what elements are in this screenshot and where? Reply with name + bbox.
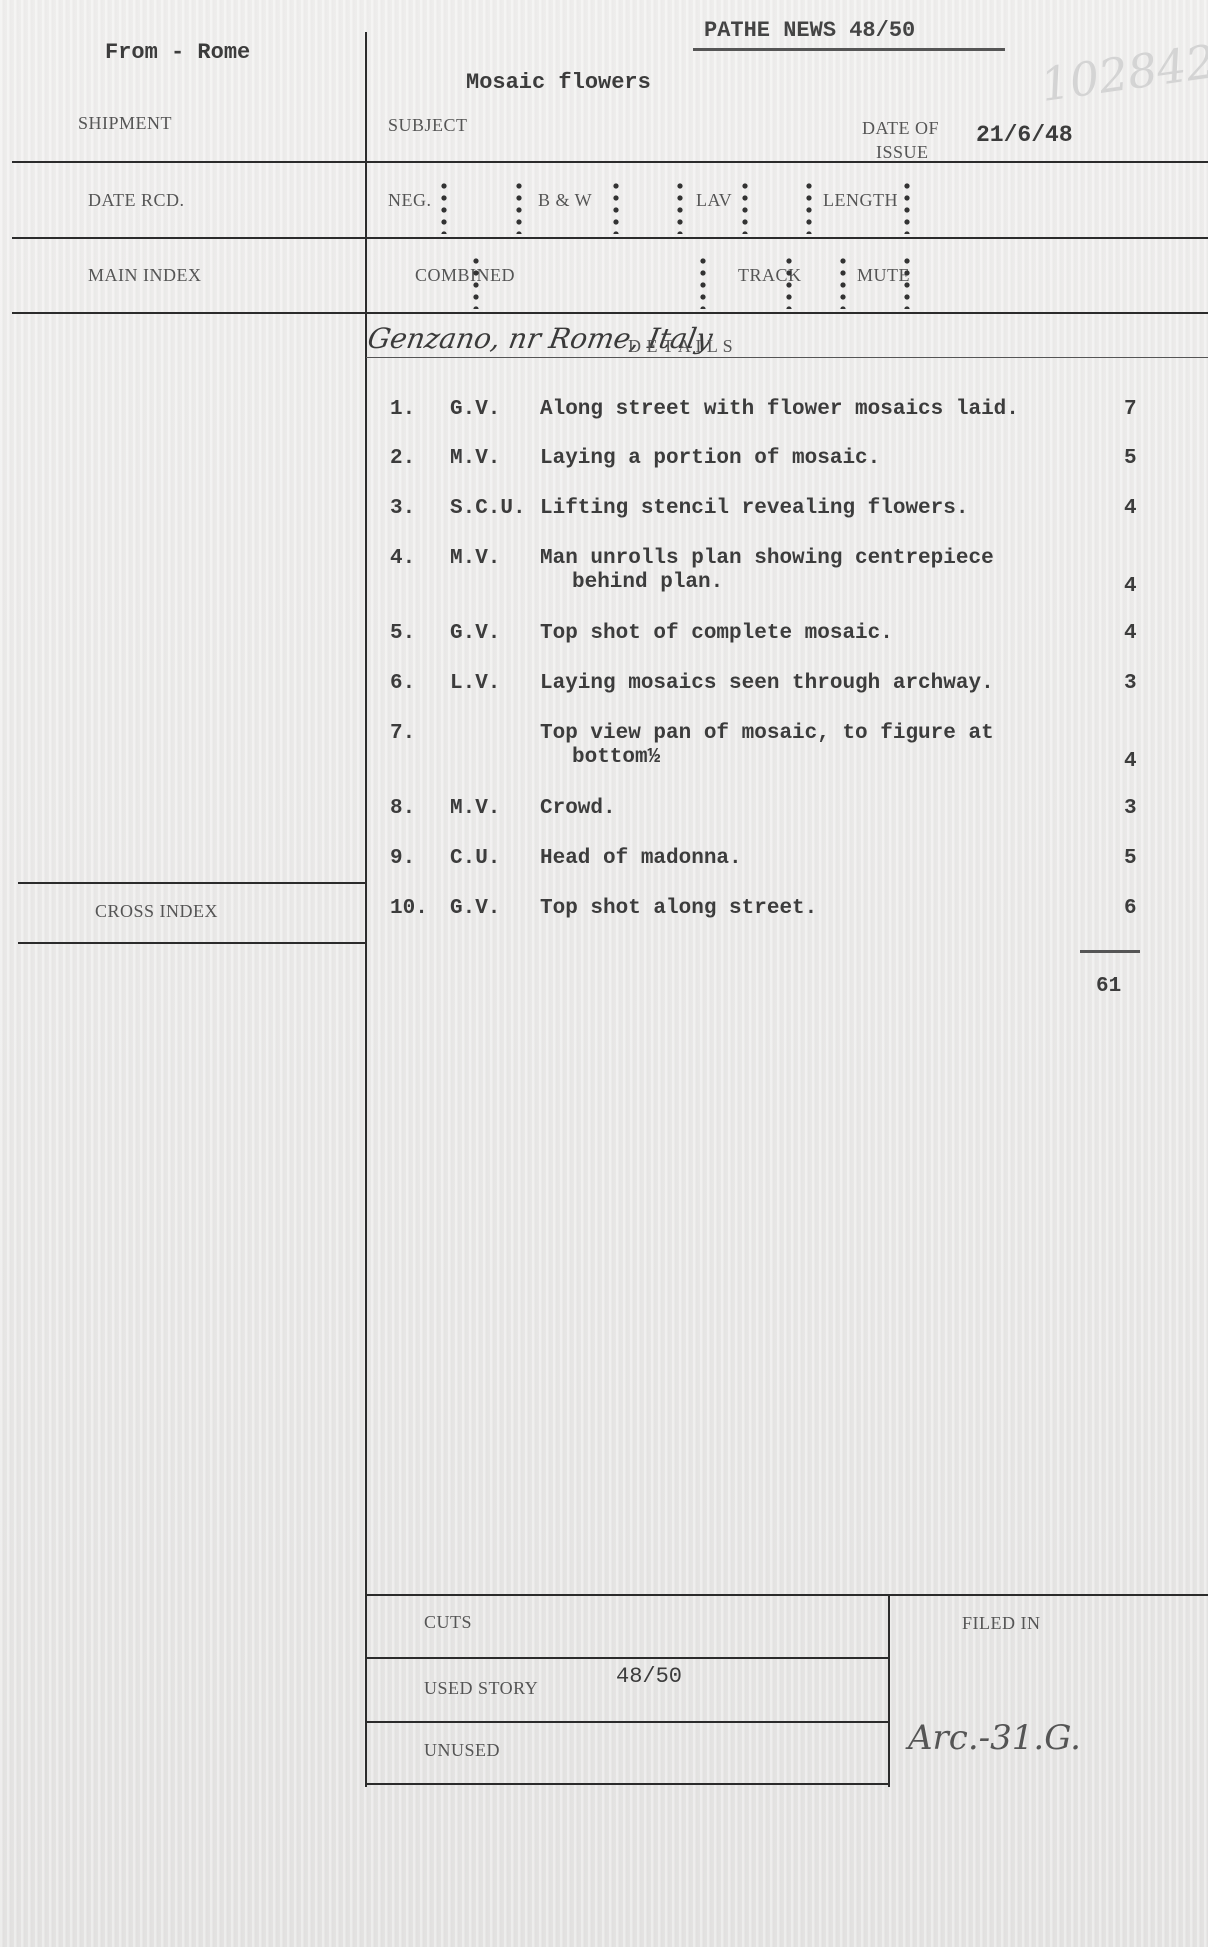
main-vertical-divider [365,32,367,1787]
cross-index-top-line [18,882,366,884]
shot-code: G.V. [450,622,500,645]
shot-description: Lifting stencil revealing flowers. [540,497,968,520]
length-field-dots-left [806,180,812,234]
track-field-dots-left [700,255,706,309]
shot-description-continued: behind plan. [572,571,723,594]
header-title: PATHE NEWS 48/50 [704,18,915,43]
bottom-box-top-line [366,1594,1208,1596]
date-of-issue-value: 21/6/48 [976,122,1073,148]
length-field-dots-right [904,180,910,234]
mute-field-dots-right [904,255,910,309]
filed-in-label: FILED IN [962,1613,1041,1634]
combined-field-dots [473,255,479,309]
combined-label: COMBINED [415,265,515,286]
subject-label: SUBJECT [388,115,468,136]
shot-row: 2.M.V.Laying a portion of mosaic.5 [390,447,1150,477]
shot-description: Top view pan of mosaic, to figure at [540,722,994,745]
cross-index-label: CROSS INDEX [95,901,218,922]
lav-label: LAV [696,190,732,211]
mute-label: MUTE [857,265,910,286]
shot-code: G.V. [450,897,500,920]
track-field-dots-right [786,255,792,309]
shot-number: 8. [390,797,415,820]
shot-number: 9. [390,847,415,870]
main-index-label: MAIN INDEX [88,265,201,286]
shot-description: Top shot of complete mosaic. [540,622,893,645]
shot-description: Laying mosaics seen through archway. [540,672,994,695]
grid-line-2 [12,237,1208,239]
shipment-label: SHIPMENT [78,113,172,134]
shot-row: 3.S.C.U.Lifting stencil revealing flower… [390,497,1150,527]
total-rule [1080,950,1140,953]
subject-value: Mosaic flowers [466,70,651,95]
shipment-value: From - Rome [105,40,250,65]
total-length: 61 [1096,975,1121,998]
faint-stamp-number: 1028420 [1037,30,1208,112]
mute-field-dots-left [840,255,846,309]
date-of-issue-label-line2: ISSUE [876,142,929,163]
date-of-issue-label-line1: DATE OF [862,118,939,139]
shot-row: 6.L.V.Laying mosaics seen through archwa… [390,672,1150,702]
shot-length: 4 [1124,575,1137,598]
shot-length: 4 [1124,622,1137,645]
shot-description: Head of madonna. [540,847,742,870]
shot-length: 3 [1124,672,1137,695]
shot-code: M.V. [450,547,500,570]
shot-number: 6. [390,672,415,695]
shot-code: S.C.U. [450,497,526,520]
bw-label: B & W [538,190,592,211]
shot-row: 10.G.V.Top shot along street.6 [390,897,1150,927]
shot-row: 9.C.U.Head of madonna.5 [390,847,1150,877]
used-story-label: USED STORY [424,1678,538,1699]
shot-row: 7.Top view pan of mosaic, to figure atbo… [390,722,1150,752]
shot-code: M.V. [450,447,500,470]
shot-row: 5.G.V.Top shot of complete mosaic.4 [390,622,1150,652]
shot-description: Top shot along street. [540,897,817,920]
shot-length: 7 [1124,398,1137,421]
shot-length: 5 [1124,847,1137,870]
shot-number: 5. [390,622,415,645]
shot-description: Man unrolls plan showing centrepiece [540,547,994,570]
shot-length: 5 [1124,447,1137,470]
header-title-underline [693,48,1005,51]
shot-length: 4 [1124,497,1137,520]
length-label: LENGTH [823,190,898,211]
unused-label: UNUSED [424,1740,500,1761]
shot-number: 1. [390,398,415,421]
bottom-box-divider [888,1595,890,1787]
shot-code: C.U. [450,847,500,870]
shot-row: 8.M.V.Crowd.3 [390,797,1150,827]
shot-description: Laying a portion of mosaic. [540,447,880,470]
bw-field-dots-right [613,180,619,234]
bottom-box-row-line-1 [366,1657,888,1659]
shot-code: G.V. [450,398,500,421]
details-underline [366,357,1208,358]
shot-number: 2. [390,447,415,470]
details-heading: D E T A I L S [628,336,733,357]
bw-field-dots-left [516,180,522,234]
grid-line-1 [12,161,1208,163]
cross-index-bottom-line [18,942,366,944]
shot-code: L.V. [450,672,500,695]
shot-code: M.V. [450,797,500,820]
shot-description: Crowd. [540,797,616,820]
used-story-value: 48/50 [616,1664,682,1689]
cuts-label: CUTS [424,1612,472,1633]
bottom-box-row-line-3 [366,1783,888,1785]
lav-field-dots-left [677,180,683,234]
shot-length: 3 [1124,797,1137,820]
shot-number: 3. [390,497,415,520]
shot-number: 4. [390,547,415,570]
date-rcd-label: DATE RCD. [88,190,185,211]
lav-field-dots-right [742,180,748,234]
neg-field-dots-right [441,180,447,234]
shot-description: Along street with flower mosaics laid. [540,398,1019,421]
bottom-box-row-line-2 [366,1721,888,1723]
shot-description-continued: bottom½ [572,746,660,769]
shot-number: 7. [390,722,415,745]
shot-length: 4 [1124,750,1137,773]
grid-line-3 [12,312,1208,314]
filed-in-value: Arc.-31.G. [908,1718,1081,1758]
shot-row: 4.M.V.Man unrolls plan showing centrepie… [390,547,1150,577]
shot-number: 10. [390,897,428,920]
neg-label: NEG. [388,190,432,211]
shot-length: 6 [1124,897,1137,920]
shot-row: 1.G.V.Along street with flower mosaics l… [390,398,1150,428]
